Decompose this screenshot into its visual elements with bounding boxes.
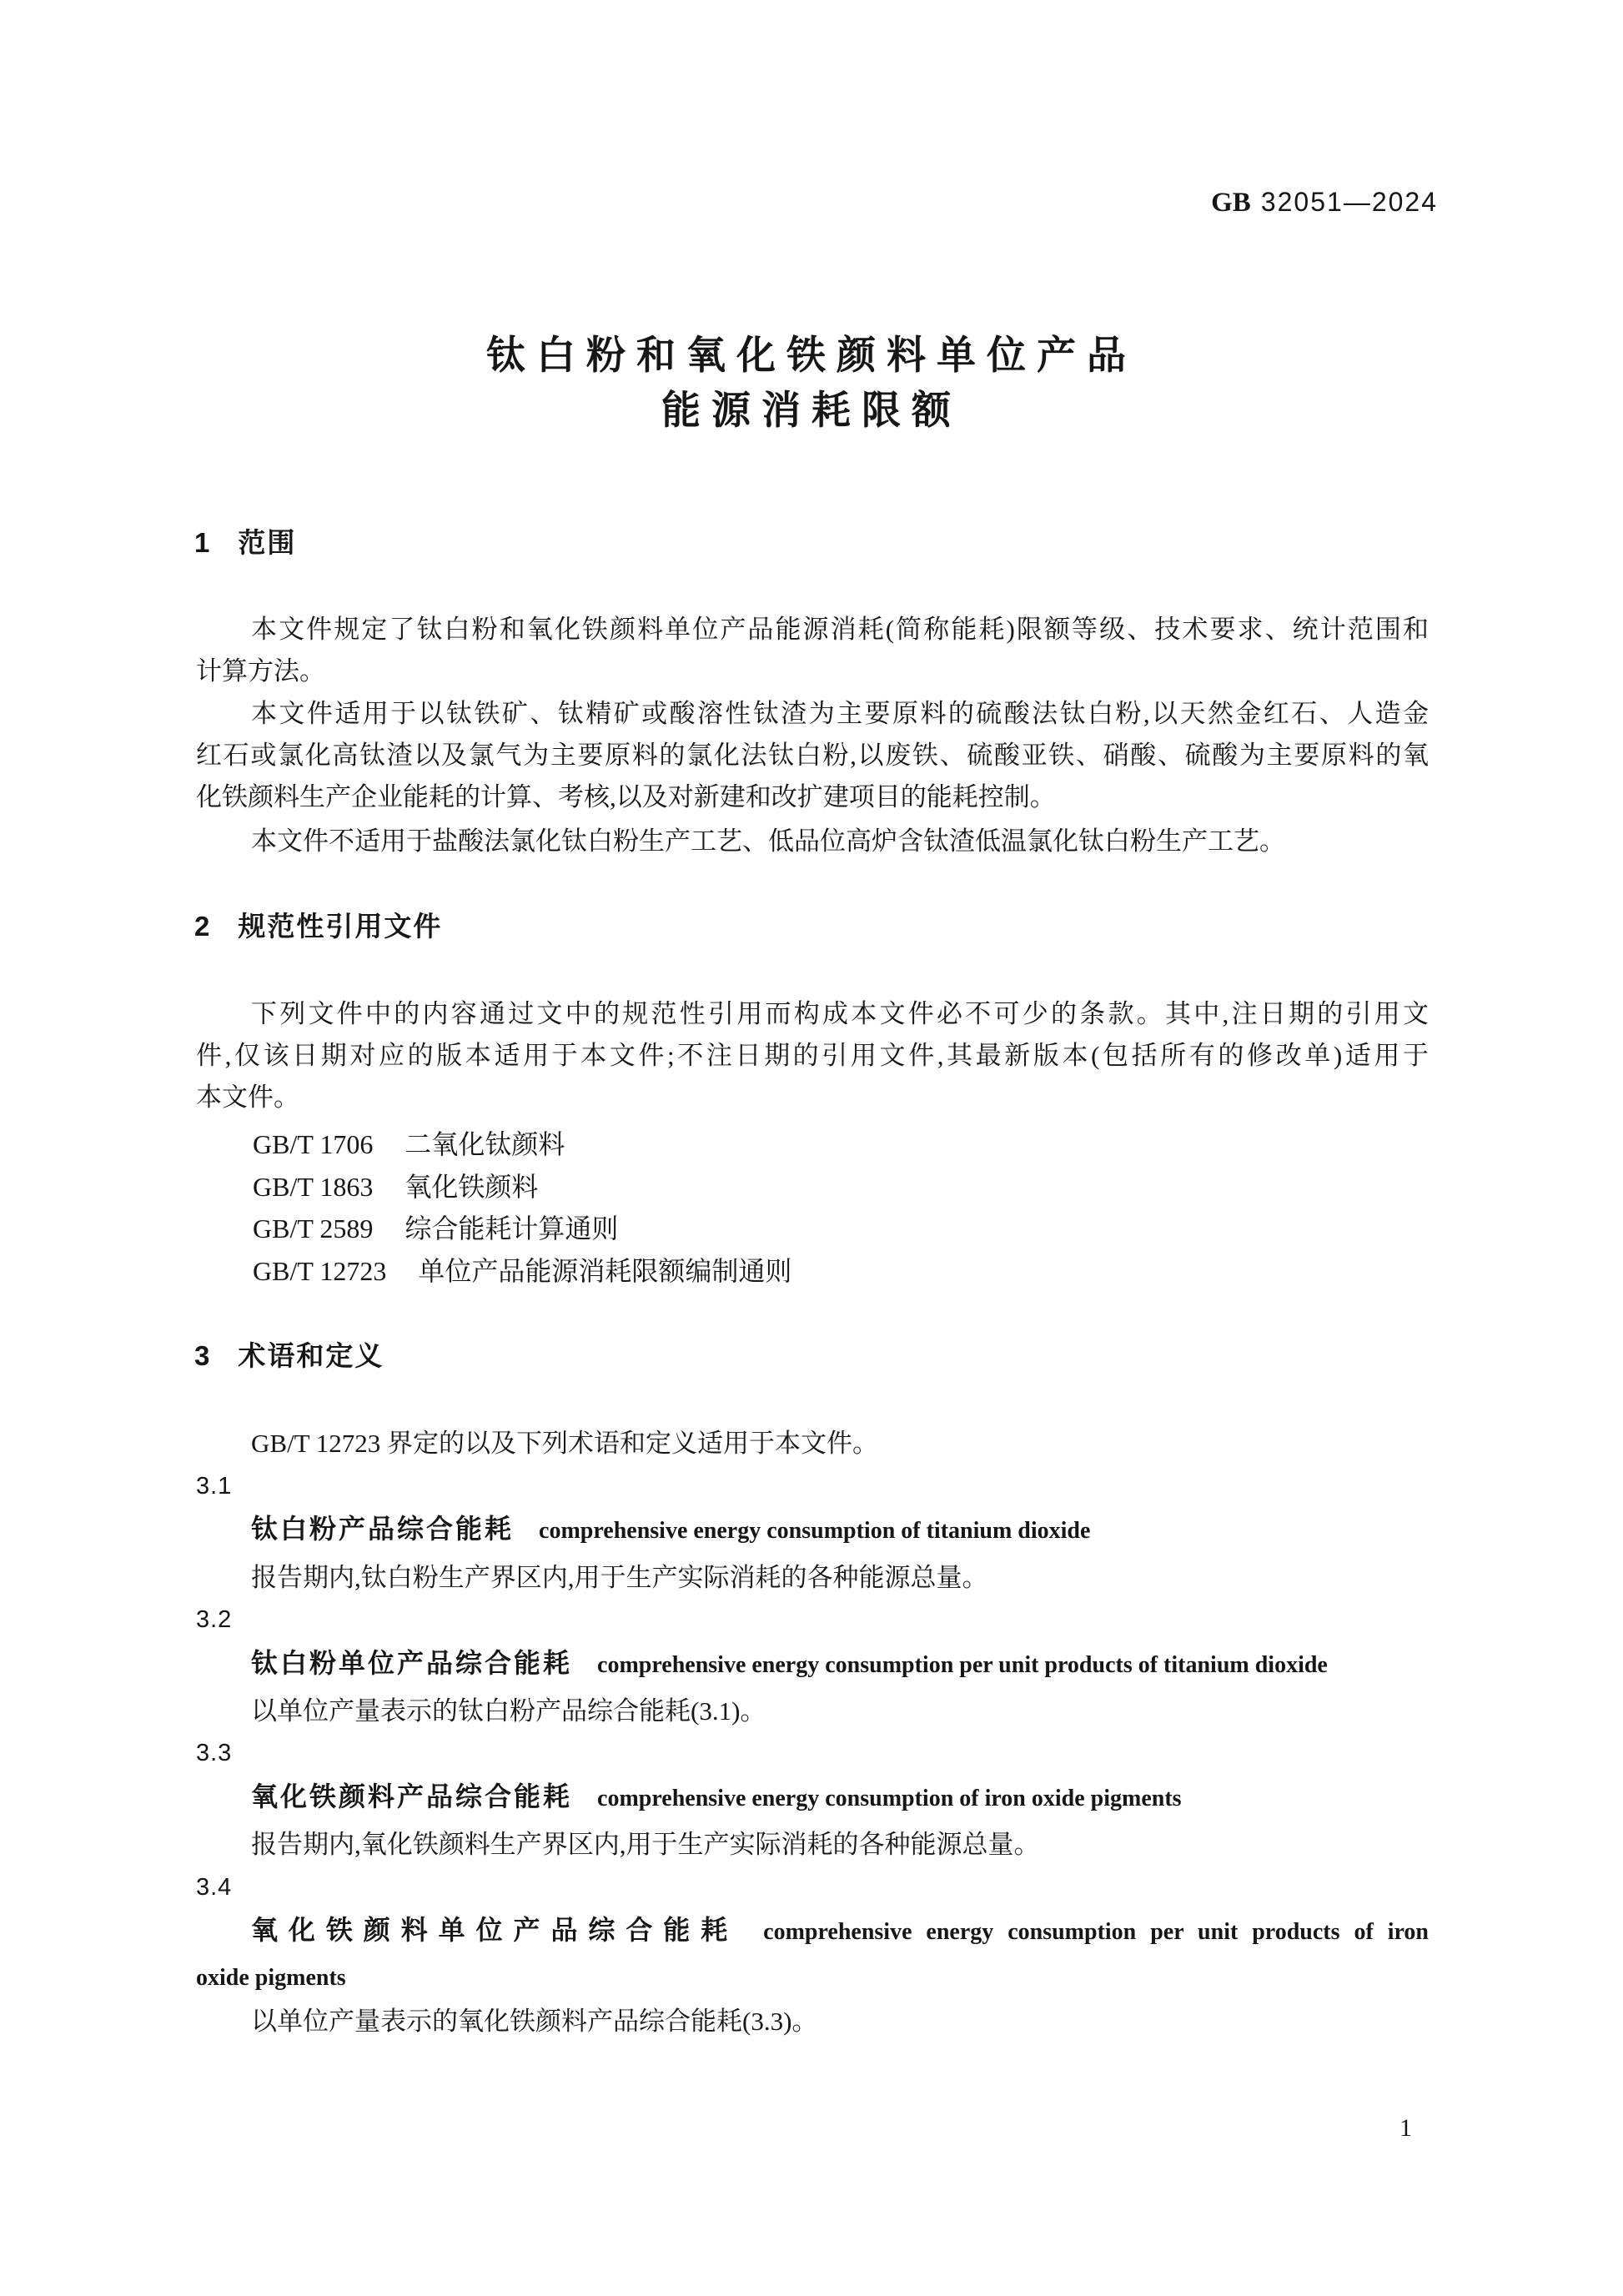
term-chinese: 钛白粉产品综合能耗 <box>251 1514 514 1544</box>
section-3-heading: 3术语和定义 <box>194 1337 384 1375</box>
text-line: 下列文件中的内容通过文中的规范性引用而构成本文件必不可少的条款。其中,注日期的引… <box>196 993 1429 1035</box>
text-line: 本文件。 <box>196 1077 1429 1118</box>
term-english: comprehensive energy consumption per uni… <box>597 1652 1328 1678</box>
term-english: comprehensive energy consumption of iron… <box>597 1786 1182 1811</box>
term-definition: 以单位产量表示的氧化铁颜料产品综合能耗(3.3)。 <box>196 2000 1429 2042</box>
scope-paragraph-1: 本文件规定了钛白粉和氧化铁颜料单位产品能源消耗(简称能耗)限额等级、技术要求、统… <box>196 609 1429 692</box>
document-code: GB32051—2024 <box>1211 187 1438 218</box>
section-2-title: 规范性引用文件 <box>238 911 442 942</box>
section-1-heading: 1范围 <box>194 524 296 562</box>
section-3-number: 3 <box>194 1340 209 1371</box>
term-number: 3.1 <box>196 1465 1429 1508</box>
term-number: 3.2 <box>196 1599 1429 1641</box>
reference-item: GB/T 12723单位产品能源消耗限额编制通则 <box>253 1250 791 1293</box>
term-heading: 钛白粉单位产品综合能耗comprehensive energy consumpt… <box>196 1642 1429 1690</box>
reference-code: GB/T 12723 <box>253 1256 386 1286</box>
term-chinese: 氧化铁颜料产品综合能耗 <box>251 1781 572 1811</box>
term-heading: 氧化铁颜料产品综合能耗comprehensive energy consumpt… <box>196 1776 1429 1823</box>
normative-references-list: GB/T 1706二氧化钛颜料GB/T 1863氧化铁颜料GB/T 2589综合… <box>253 1123 791 1292</box>
terms-intro-paragraph: GB/T 12723 界定的以及下列术语和定义适用于本文件。 <box>196 1423 1429 1465</box>
term-heading: 钛白粉产品综合能耗comprehensive energy consumptio… <box>196 1508 1429 1555</box>
reference-item: GB/T 1863氧化铁颜料 <box>253 1166 791 1208</box>
term-definition: 以单位产量表示的钛白粉产品综合能耗(3.1)。 <box>196 1690 1429 1732</box>
text-line: 红石或氯化高钛渣以及氯气为主要原料的氯化法钛白粉,以废铁、硫酸亚铁、硝酸、硫酸为… <box>196 735 1429 776</box>
text-line: 化铁颜料生产企业能耗的计算、考核,以及对新建和改扩建项目的能耗控制。 <box>196 776 1429 818</box>
reference-item: GB/T 1706二氧化钛颜料 <box>253 1123 791 1166</box>
text-line: 本文件适用于以钛铁矿、钛精矿或酸溶性钛渣为主要原料的硫酸法钛白粉,以天然金红石、… <box>196 693 1429 735</box>
term-chinese: 氧化铁颜料单位产品综合能耗 <box>251 1915 738 1945</box>
term-definition: 报告期内,钛白粉生产界区内,用于生产实际消耗的各种能源总量。 <box>196 1556 1429 1599</box>
document-title-line2: 能源消耗限额 <box>0 383 1623 438</box>
reference-title: 二氧化钛颜料 <box>404 1129 565 1159</box>
section-2-heading: 2规范性引用文件 <box>194 907 442 946</box>
reference-item: GB/T 2589综合能耗计算通则 <box>253 1208 791 1250</box>
term-number: 3.3 <box>196 1732 1429 1775</box>
document-title-line1: 钛白粉和氧化铁颜料单位产品 <box>0 328 1623 383</box>
document-title: 钛白粉和氧化铁颜料单位产品 能源消耗限额 <box>0 328 1623 438</box>
reference-code: GB/T 1706 <box>253 1129 373 1159</box>
text-line: 本文件不适用于盐酸法氯化钛白粉生产工艺、低品位高炉含钛渣低温氯化钛白粉生产工艺。 <box>196 821 1429 862</box>
reference-code: GB/T 2589 <box>253 1213 373 1243</box>
page-number: 1 <box>1399 2108 1412 2149</box>
text-line: 计算方法。 <box>196 651 1429 692</box>
text-line: GB/T 12723 界定的以及下列术语和定义适用于本文件。 <box>196 1423 1429 1465</box>
section-3-title: 术语和定义 <box>238 1340 384 1371</box>
section-2-number: 2 <box>194 911 209 942</box>
scope-paragraph-3: 本文件不适用于盐酸法氯化钛白粉生产工艺、低品位高炉含钛渣低温氯化钛白粉生产工艺。 <box>196 821 1429 862</box>
term-english: comprehensive energy consumption per uni… <box>763 1919 1429 1945</box>
term-heading: 氧化铁颜料单位产品综合能耗comprehensive energy consum… <box>196 1909 1429 1957</box>
section-1-title: 范围 <box>238 527 296 558</box>
reference-title: 单位产品能源消耗限额编制通则 <box>418 1256 791 1286</box>
term-english-continued: oxide pigments <box>196 1957 1429 1999</box>
section-1-number: 1 <box>194 527 209 558</box>
term-chinese: 钛白粉单位产品综合能耗 <box>251 1648 572 1678</box>
term-number: 3.4 <box>196 1866 1429 1909</box>
scope-paragraph-2: 本文件适用于以钛铁矿、钛精矿或酸溶性钛渣为主要原料的硫酸法钛白粉,以天然金红石、… <box>196 693 1429 818</box>
terms-list: 3.1钛白粉产品综合能耗comprehensive energy consump… <box>196 1465 1429 2042</box>
document-code-prefix: GB <box>1211 188 1251 218</box>
reference-title: 氧化铁颜料 <box>404 1172 538 1202</box>
text-line: 件,仅该日期对应的版本适用于本文件;不注日期的引用文件,其最新版本(包括所有的修… <box>196 1035 1429 1077</box>
document-code-number: 32051—2024 <box>1261 187 1438 217</box>
standard-document-page: GB32051—2024 钛白粉和氧化铁颜料单位产品 能源消耗限额 1范围 本文… <box>0 0 1623 2296</box>
term-english: comprehensive energy consumption of tita… <box>539 1518 1090 1544</box>
reference-code: GB/T 1863 <box>253 1172 373 1202</box>
term-definition: 报告期内,氧化铁颜料生产界区内,用于生产实际消耗的各种能源总量。 <box>196 1823 1429 1866</box>
references-paragraph: 下列文件中的内容通过文中的规范性引用而构成本文件必不可少的条款。其中,注日期的引… <box>196 993 1429 1118</box>
reference-title: 综合能耗计算通则 <box>404 1213 618 1243</box>
text-line: 本文件规定了钛白粉和氧化铁颜料单位产品能源消耗(简称能耗)限额等级、技术要求、统… <box>196 609 1429 651</box>
